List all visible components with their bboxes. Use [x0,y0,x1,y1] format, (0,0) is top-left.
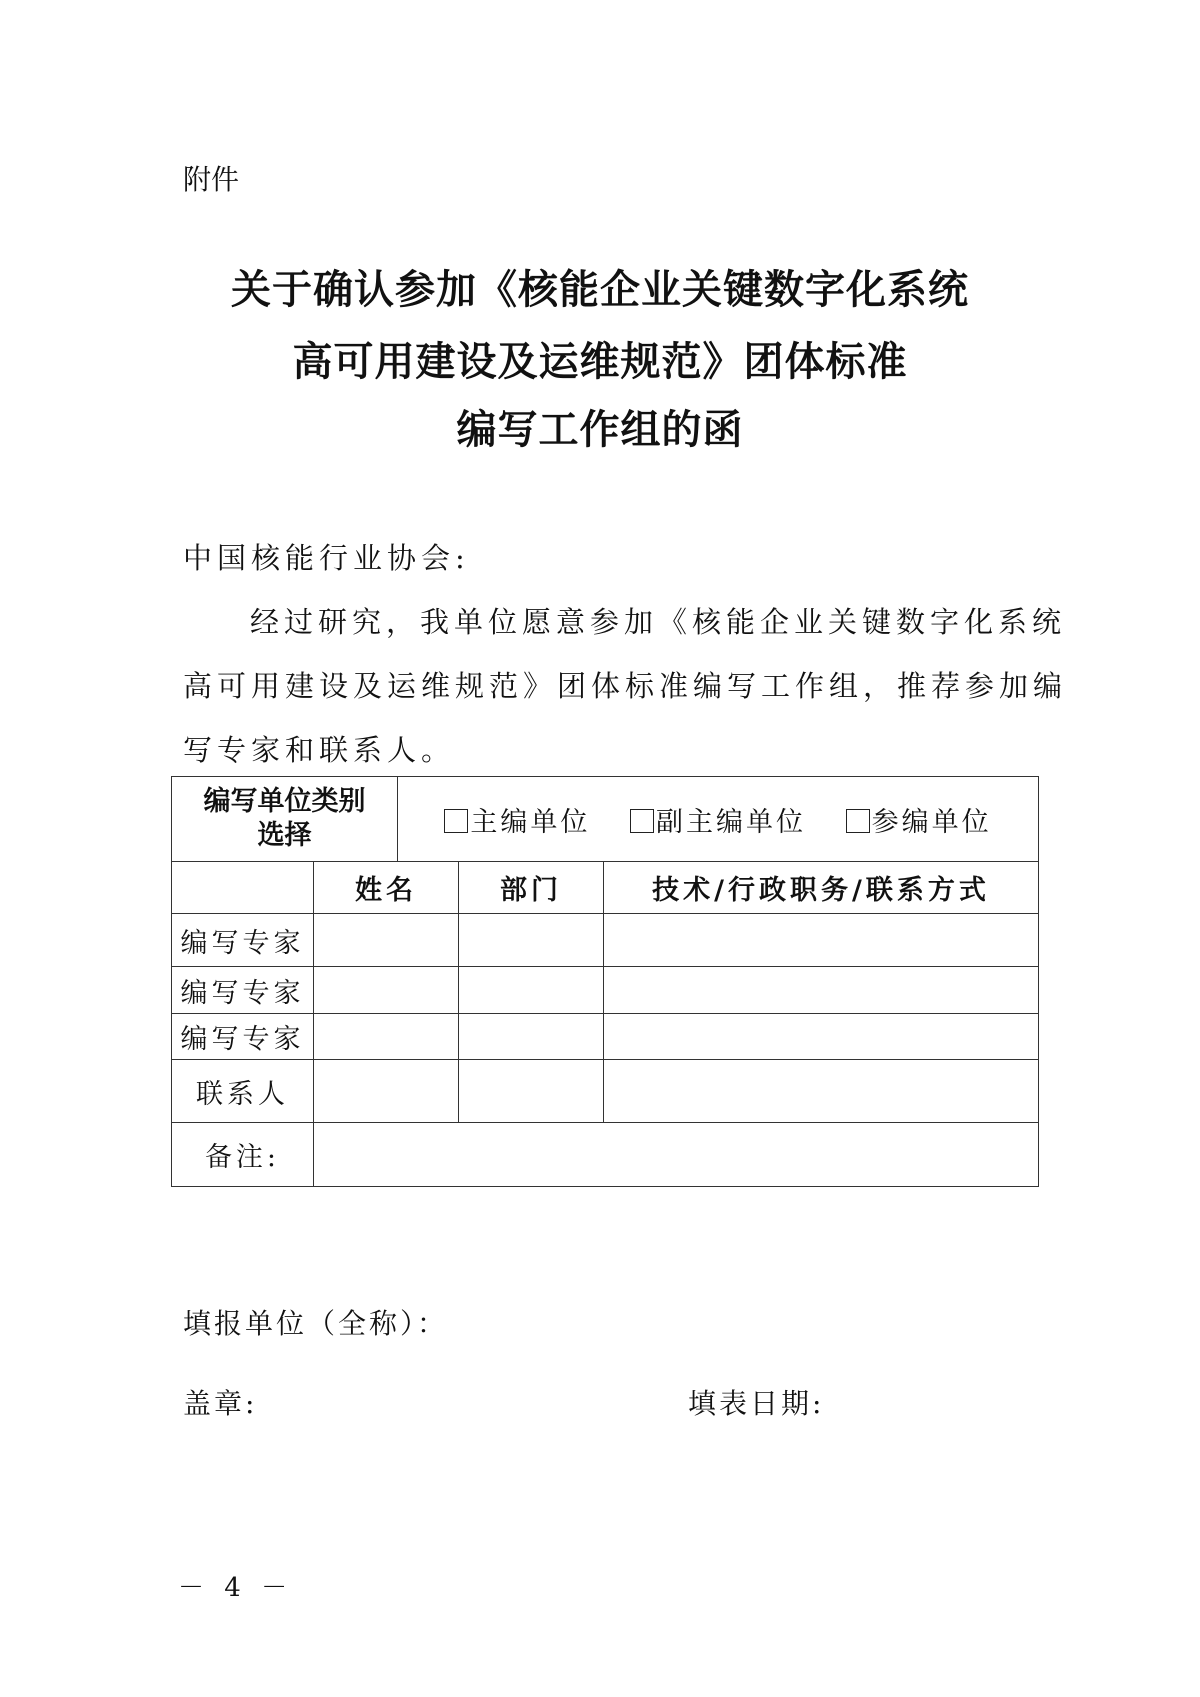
department-field[interactable] [459,1014,604,1060]
registration-form-table: 编写单位类别 选择 主编单位 副主编单位 参编单位 姓名 部门 技术/行政职务/… [171,776,1039,1187]
row-label: 编写专家 [172,914,314,967]
checkbox-icon[interactable] [630,809,654,833]
title-line-2: 高可用建设及运维规范》团体标准 [0,330,1200,387]
remarks-label: 备注: [172,1123,314,1187]
category-label-line-2: 选择 [172,819,397,853]
header-contact: 技术/行政职务/联系方式 [604,862,1039,914]
date-label: 填表日期: [688,1382,824,1422]
checkbox-icon[interactable] [846,809,870,833]
salutation: 中国核能行业协会: [183,536,470,577]
header-blank [172,862,314,914]
table-row: 编写专家 [172,914,1039,967]
category-label-cell: 编写单位类别 选择 [172,777,398,862]
category-row: 编写单位类别 选择 主编单位 副主编单位 参编单位 [172,777,1039,862]
attachment-label: 附件 [183,158,239,198]
name-field[interactable] [314,1014,459,1060]
remarks-row: 备注: [172,1123,1039,1187]
checkbox-icon[interactable] [444,809,468,833]
header-department: 部门 [459,862,604,914]
option-participating-editor[interactable]: 参编单位 [846,807,992,838]
row-label: 编写专家 [172,1014,314,1060]
category-options-cell: 主编单位 副主编单位 参编单位 [398,777,1039,862]
name-field[interactable] [314,1060,459,1123]
table-row: 联系人 [172,1060,1039,1123]
paragraph-line-1: 经过研究，我单位愿意参加《核能企业关键数字化系统 [250,600,1066,641]
paragraph-line-3: 写专家和联系人。 [183,728,455,769]
reporting-unit-label: 填报单位（全称）： [183,1302,448,1342]
category-label-line-1: 编写单位类别 [172,785,397,819]
column-header-row: 姓名 部门 技术/行政职务/联系方式 [172,862,1039,914]
remarks-field[interactable] [314,1123,1039,1187]
row-label: 联系人 [172,1060,314,1123]
title-line-1: 关于确认参加《核能企业关键数字化系统 [0,258,1200,315]
contact-field[interactable] [604,967,1039,1014]
department-field[interactable] [459,914,604,967]
title-line-3: 编写工作组的函 [0,398,1200,455]
header-name: 姓名 [314,862,459,914]
table-row: 编写专家 [172,967,1039,1014]
contact-field[interactable] [604,1060,1039,1123]
row-label: 编写专家 [172,967,314,1014]
table-row: 编写专家 [172,1014,1039,1060]
name-field[interactable] [314,967,459,1014]
department-field[interactable] [459,1060,604,1123]
seal-label: 盖章: [183,1382,257,1422]
option-chief-editor[interactable]: 主编单位 [444,807,590,838]
option-deputy-chief-editor[interactable]: 副主编单位 [630,807,806,838]
page-number: － 4 － [178,1567,293,1604]
paragraph-line-2: 高可用建设及运维规范》团体标准编写工作组，推荐参加编 [183,664,1067,705]
department-field[interactable] [459,967,604,1014]
contact-field[interactable] [604,914,1039,967]
name-field[interactable] [314,914,459,967]
contact-field[interactable] [604,1014,1039,1060]
